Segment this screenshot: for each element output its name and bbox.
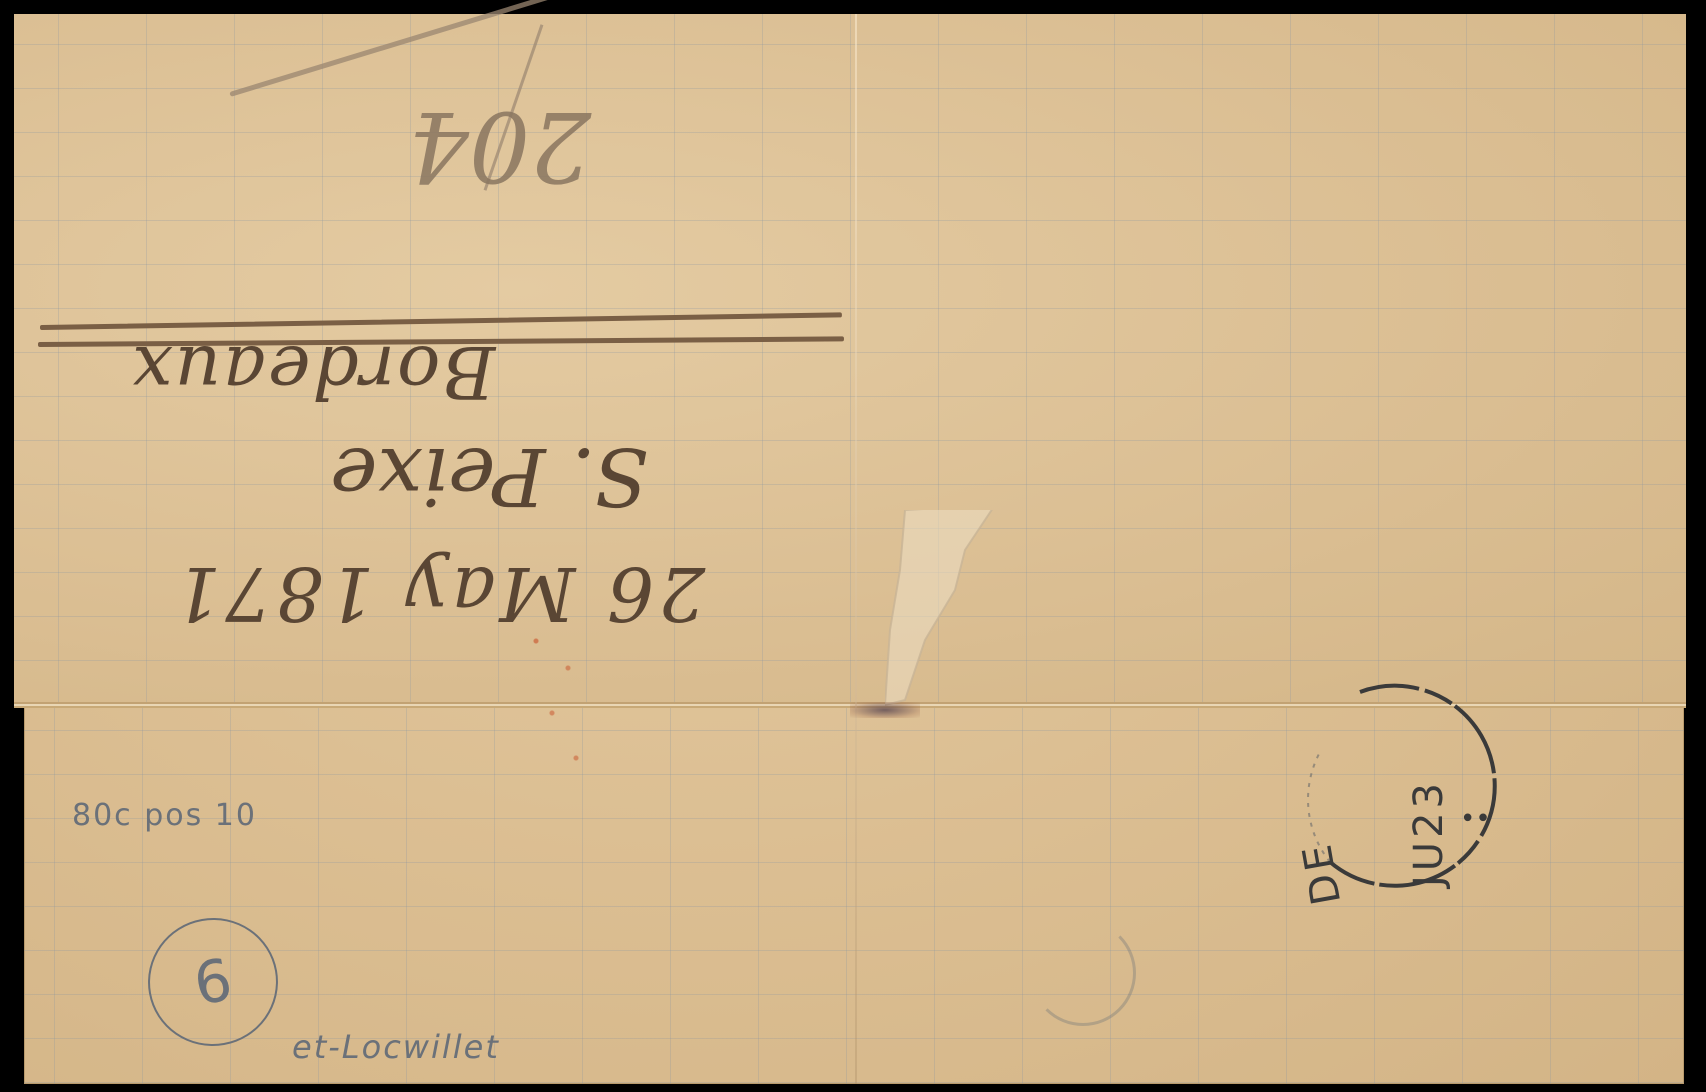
docket-number: 204 (408, 90, 591, 202)
red-ink-spots (520, 605, 600, 785)
pencil-note-bottom: et-Locwillet (292, 1028, 500, 1066)
faint-stamp-impression (1030, 920, 1136, 1026)
circled-number-text: 6 (189, 945, 237, 1018)
fold-crease (855, 14, 857, 1084)
docket-name: S. Peixe (330, 430, 648, 523)
postmark-date: JU23 (1406, 779, 1452, 887)
docket-city: Bordeaux (130, 330, 495, 414)
pencil-note-rate: 80c pos 10 (72, 798, 257, 833)
postmark-dots: •• (1460, 810, 1491, 828)
docket-date: 26 May 1871 (170, 550, 705, 636)
paper-tear (885, 510, 1085, 710)
ink-blot (850, 702, 920, 718)
